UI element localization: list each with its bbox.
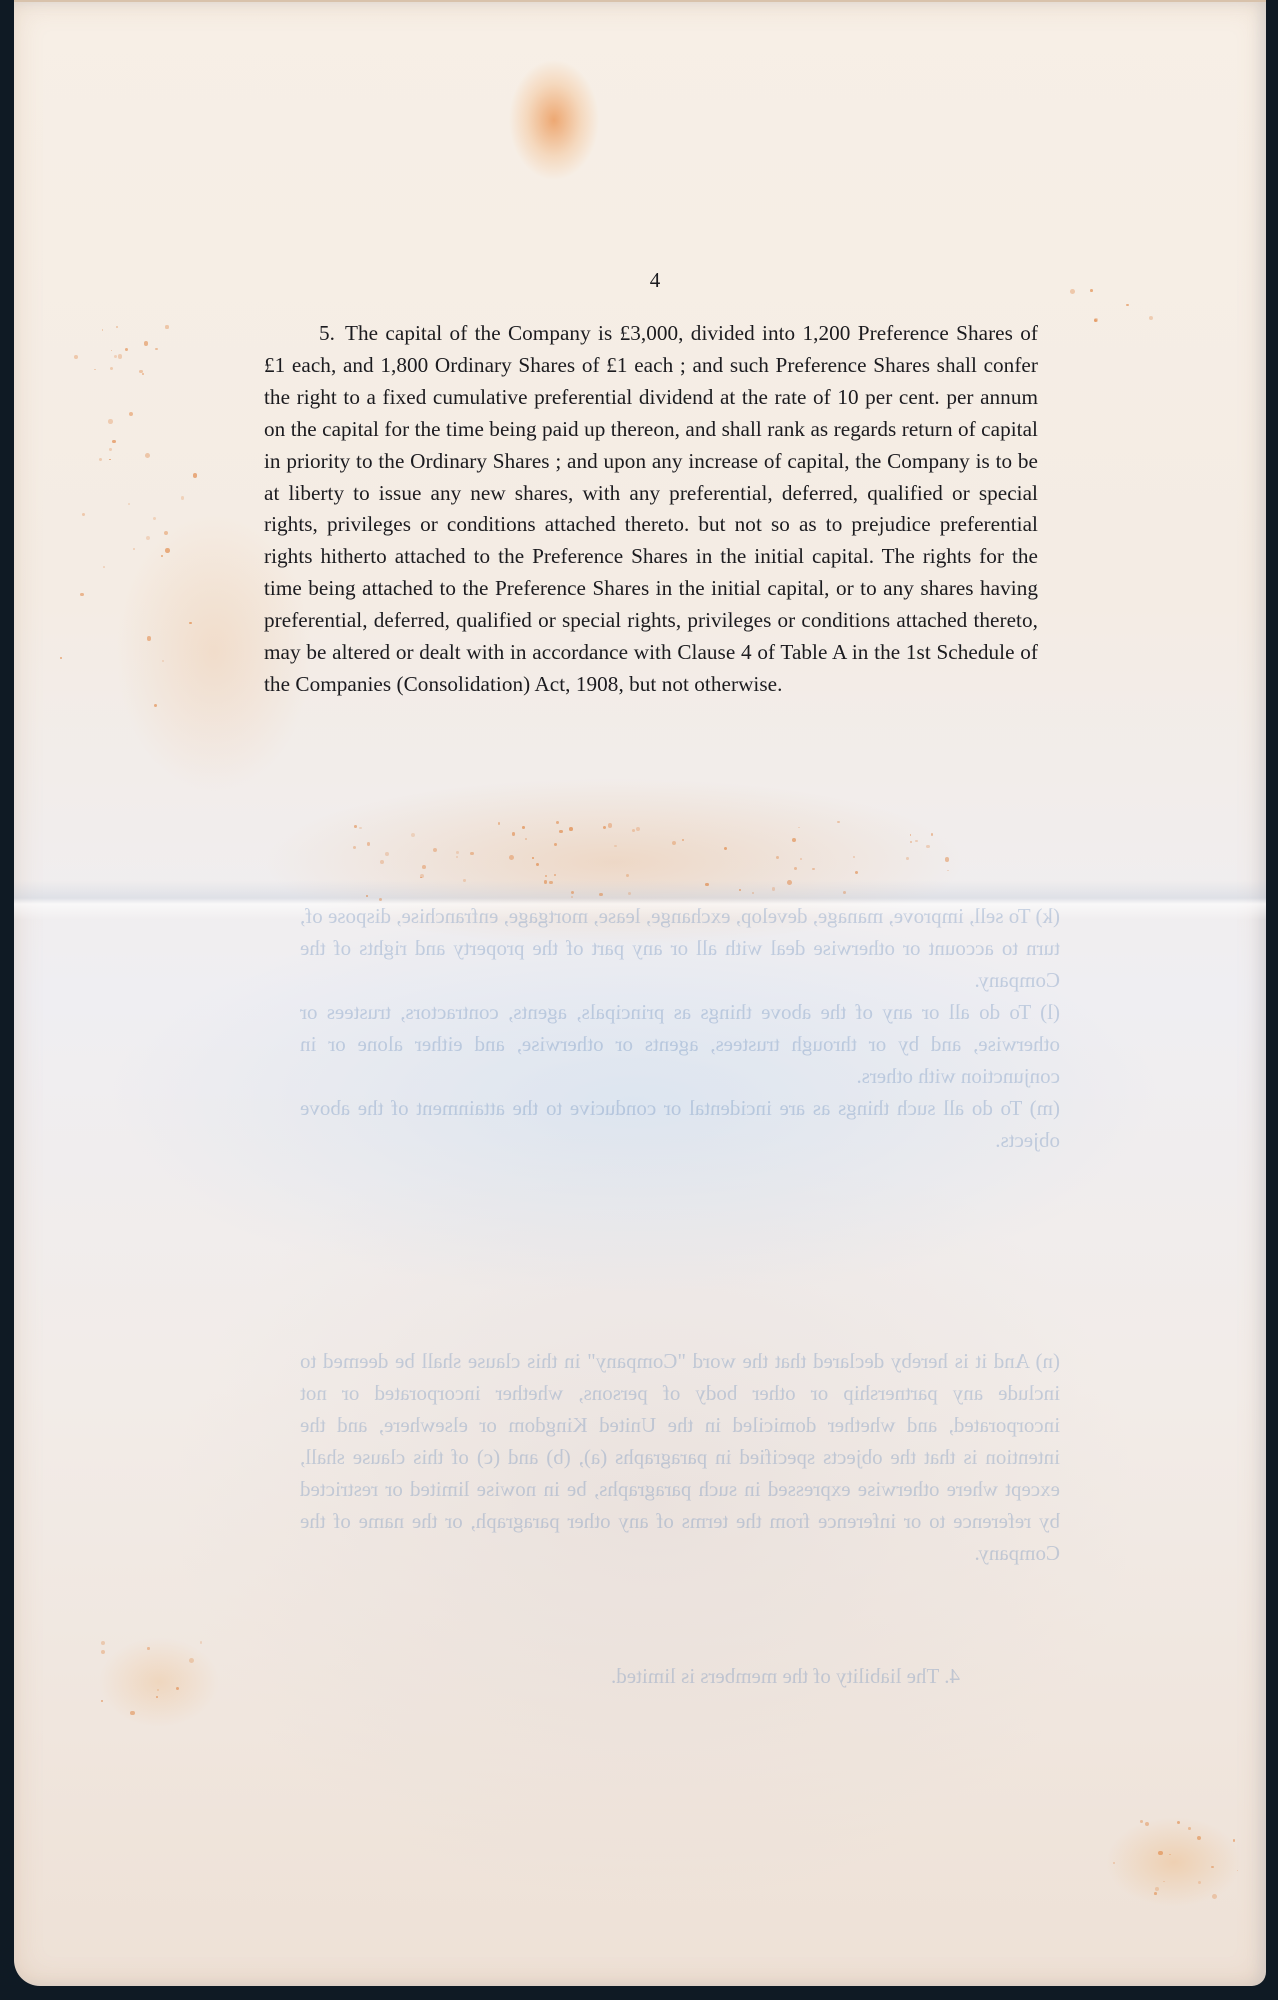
page-number: 4: [640, 268, 670, 293]
clause-text: The capital of the Company is £3,000, di…: [264, 321, 1038, 696]
page-top-edge: [14, 0, 1266, 2]
clause-5-paragraph: 5.The capital of the Company is £3,000, …: [264, 318, 1038, 701]
document-page: [14, 2, 1266, 1986]
clause-number: 5.: [319, 321, 335, 345]
paper-crease: [14, 880, 1266, 920]
